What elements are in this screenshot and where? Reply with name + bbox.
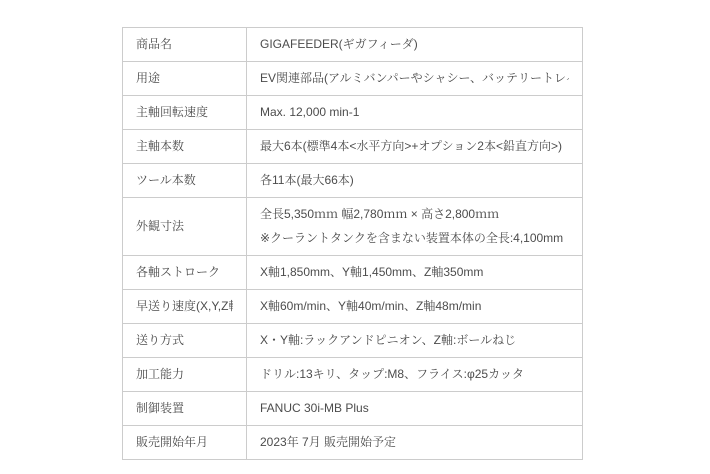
spec-value: ドリル:13キリ、タップ:M8、フライス:φ25カッタ bbox=[260, 367, 569, 382]
spec-value: X・Y軸:ラックアンドピニオン、Z軸:ボールねじ bbox=[260, 333, 569, 348]
spec-value: 各11本(最大66本) bbox=[260, 173, 569, 188]
spec-label-cell: 主軸本数 bbox=[123, 130, 247, 164]
spec-value-note: ※クーラントタンクを含まない装置本体の全長:4,100mm bbox=[260, 231, 569, 246]
page: 商品名 GIGAFEEDER(ギガフィーダ) 用途 EV関連部品(アルミバンパー… bbox=[0, 0, 710, 474]
spec-label-cell: 早送り速度(X,Y,Z軸) bbox=[123, 290, 247, 324]
spec-value: 最大6本(標準4本<水平方向>+オプション2本<鉛直方向>) bbox=[260, 139, 569, 154]
product-spec-table: 商品名 GIGAFEEDER(ギガフィーダ) 用途 EV関連部品(アルミバンパー… bbox=[122, 27, 583, 460]
spec-row-spindle-count: 主軸本数 最大6本(標準4本<水平方向>+オプション2本<鉛直方向>) bbox=[123, 130, 583, 164]
spec-label: 送り方式 bbox=[136, 333, 233, 348]
spec-label-cell: 送り方式 bbox=[123, 324, 247, 358]
spec-label: ツール本数 bbox=[136, 173, 233, 188]
spec-value-cell: X軸60m/min、Y軸40m/min、Z軸48m/min bbox=[247, 290, 583, 324]
spec-value-cell: EV関連部品(アルミバンパーやシャシー、バッテリートレイ)の加工 bbox=[247, 62, 583, 96]
spec-value-cell: ドリル:13キリ、タップ:M8、フライス:φ25カッタ bbox=[247, 358, 583, 392]
spec-value-cell: FANUC 30i-MB Plus bbox=[247, 392, 583, 426]
spec-row-application: 用途 EV関連部品(アルミバンパーやシャシー、バッテリートレイ)の加工 bbox=[123, 62, 583, 96]
spec-row-dimensions: 外観寸法 全長5,350ｍｍ 幅2,780ｍｍ × 高さ2,800ｍｍ ※クーラ… bbox=[123, 198, 583, 256]
spec-label-cell: 各軸ストローク bbox=[123, 256, 247, 290]
spec-label-cell: 用途 bbox=[123, 62, 247, 96]
spec-label: 用途 bbox=[136, 71, 233, 86]
spec-row-feed-method: 送り方式 X・Y軸:ラックアンドピニオン、Z軸:ボールねじ bbox=[123, 324, 583, 358]
spec-row-axis-stroke: 各軸ストローク X軸1,850mm、Y軸1,450mm、Z軸350mm bbox=[123, 256, 583, 290]
spec-label-cell: 商品名 bbox=[123, 28, 247, 62]
spec-value-cell: 2023年 7月 販売開始予定 bbox=[247, 426, 583, 460]
spec-value: EV関連部品(アルミバンパーやシャシー、バッテリートレイ)の加工 bbox=[260, 71, 569, 86]
spec-row-release-date: 販売開始年月 2023年 7月 販売開始予定 bbox=[123, 426, 583, 460]
spec-label: 外観寸法 bbox=[136, 219, 233, 234]
spec-label: 主軸回転速度 bbox=[136, 105, 233, 120]
spec-label: 加工能力 bbox=[136, 367, 233, 382]
spec-value: GIGAFEEDER(ギガフィーダ) bbox=[260, 37, 569, 52]
spec-label-cell: 主軸回転速度 bbox=[123, 96, 247, 130]
spec-value: X軸60m/min、Y軸40m/min、Z軸48m/min bbox=[260, 299, 569, 314]
spec-label-cell: 販売開始年月 bbox=[123, 426, 247, 460]
spec-value: FANUC 30i-MB Plus bbox=[260, 401, 569, 416]
spec-label: 主軸本数 bbox=[136, 139, 233, 154]
spec-row-product-name: 商品名 GIGAFEEDER(ギガフィーダ) bbox=[123, 28, 583, 62]
spec-value: X軸1,850mm、Y軸1,450mm、Z軸350mm bbox=[260, 265, 569, 280]
spec-value: Max. 12,000 min-1 bbox=[260, 105, 569, 120]
spec-label: 商品名 bbox=[136, 37, 233, 52]
spec-value-cell: X軸1,850mm、Y軸1,450mm、Z軸350mm bbox=[247, 256, 583, 290]
spec-label: 制御装置 bbox=[136, 401, 233, 416]
spec-value-cell: X・Y軸:ラックアンドピニオン、Z軸:ボールねじ bbox=[247, 324, 583, 358]
spec-row-spindle-speed: 主軸回転速度 Max. 12,000 min-1 bbox=[123, 96, 583, 130]
spec-label-cell: ツール本数 bbox=[123, 164, 247, 198]
spec-value-cell: 各11本(最大66本) bbox=[247, 164, 583, 198]
spec-label: 販売開始年月 bbox=[136, 435, 233, 450]
spec-row-machining-capacity: 加工能力 ドリル:13キリ、タップ:M8、フライス:φ25カッタ bbox=[123, 358, 583, 392]
spec-value-cell: 全長5,350ｍｍ 幅2,780ｍｍ × 高さ2,800ｍｍ ※クーラントタンク… bbox=[247, 198, 583, 256]
spec-label: 早送り速度(X,Y,Z軸) bbox=[136, 299, 233, 314]
spec-value-cell: Max. 12,000 min-1 bbox=[247, 96, 583, 130]
spec-value-cell: 最大6本(標準4本<水平方向>+オプション2本<鉛直方向>) bbox=[247, 130, 583, 164]
spec-label-cell: 外観寸法 bbox=[123, 198, 247, 256]
spec-label-cell: 加工能力 bbox=[123, 358, 247, 392]
spec-value: 2023年 7月 販売開始予定 bbox=[260, 435, 569, 450]
spec-label: 各軸ストローク bbox=[136, 265, 233, 280]
spec-label-cell: 制御装置 bbox=[123, 392, 247, 426]
spec-row-tool-count: ツール本数 各11本(最大66本) bbox=[123, 164, 583, 198]
spec-value-cell: GIGAFEEDER(ギガフィーダ) bbox=[247, 28, 583, 62]
spec-row-rapid-feed: 早送り速度(X,Y,Z軸) X軸60m/min、Y軸40m/min、Z軸48m/… bbox=[123, 290, 583, 324]
spec-row-controller: 制御装置 FANUC 30i-MB Plus bbox=[123, 392, 583, 426]
spec-value: 全長5,350ｍｍ 幅2,780ｍｍ × 高さ2,800ｍｍ bbox=[260, 207, 569, 222]
